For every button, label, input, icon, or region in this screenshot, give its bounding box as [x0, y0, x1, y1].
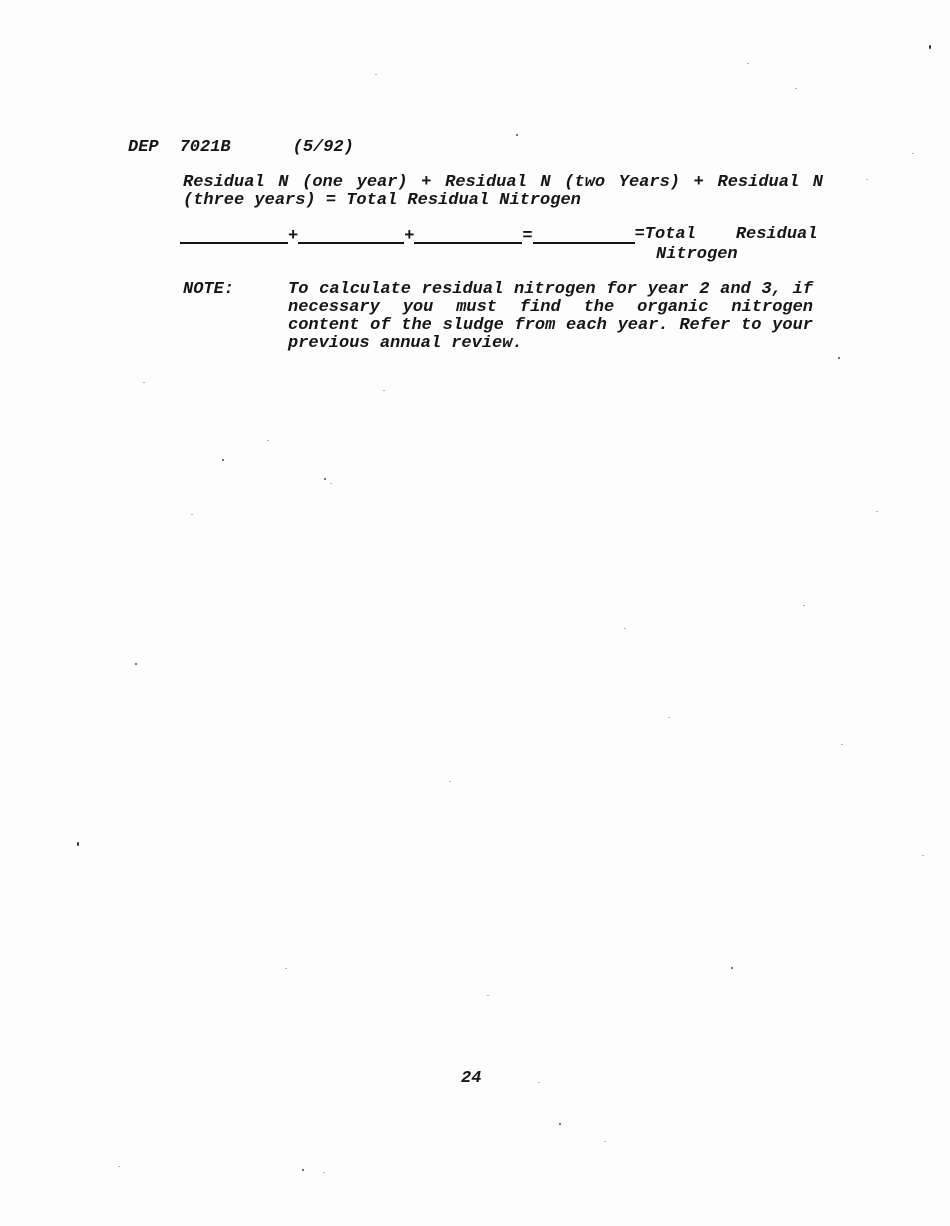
plus-operator-1: +	[288, 228, 298, 246]
fill-in-blank-total	[533, 227, 635, 244]
residual-nitrogen-formula: + + = =Total Residual Nitrogen	[180, 227, 840, 267]
note-label: NOTE:	[183, 281, 234, 299]
note-block: NOTE: To calculate residual nitrogen for…	[183, 281, 828, 353]
form-code: DEP	[128, 139, 159, 157]
residual-nitrogen-paragraph: Residual N (one year) + Residual N (two …	[183, 174, 823, 210]
formula-result-prefix: =Total	[635, 226, 696, 244]
form-header: DEP 7021B (5/92)	[128, 139, 354, 157]
page-number: 24	[461, 1070, 481, 1088]
fill-in-blank-year3	[414, 227, 522, 244]
form-revision-date: (5/92)	[293, 139, 354, 157]
scanned-document-page: DEP 7021B (5/92) Residual N (one year) +…	[0, 0, 950, 1226]
fill-in-blank-year2	[298, 227, 404, 244]
fill-in-blank-year1	[180, 227, 288, 244]
equals-operator: =	[522, 228, 532, 246]
formula-result-word: Residual	[736, 226, 818, 244]
plus-operator-2: +	[404, 228, 414, 246]
formula-result-line2: Nitrogen	[656, 246, 738, 264]
form-number: 7021B	[180, 139, 231, 157]
note-body-text: To calculate residual nitrogen for year …	[288, 281, 813, 353]
